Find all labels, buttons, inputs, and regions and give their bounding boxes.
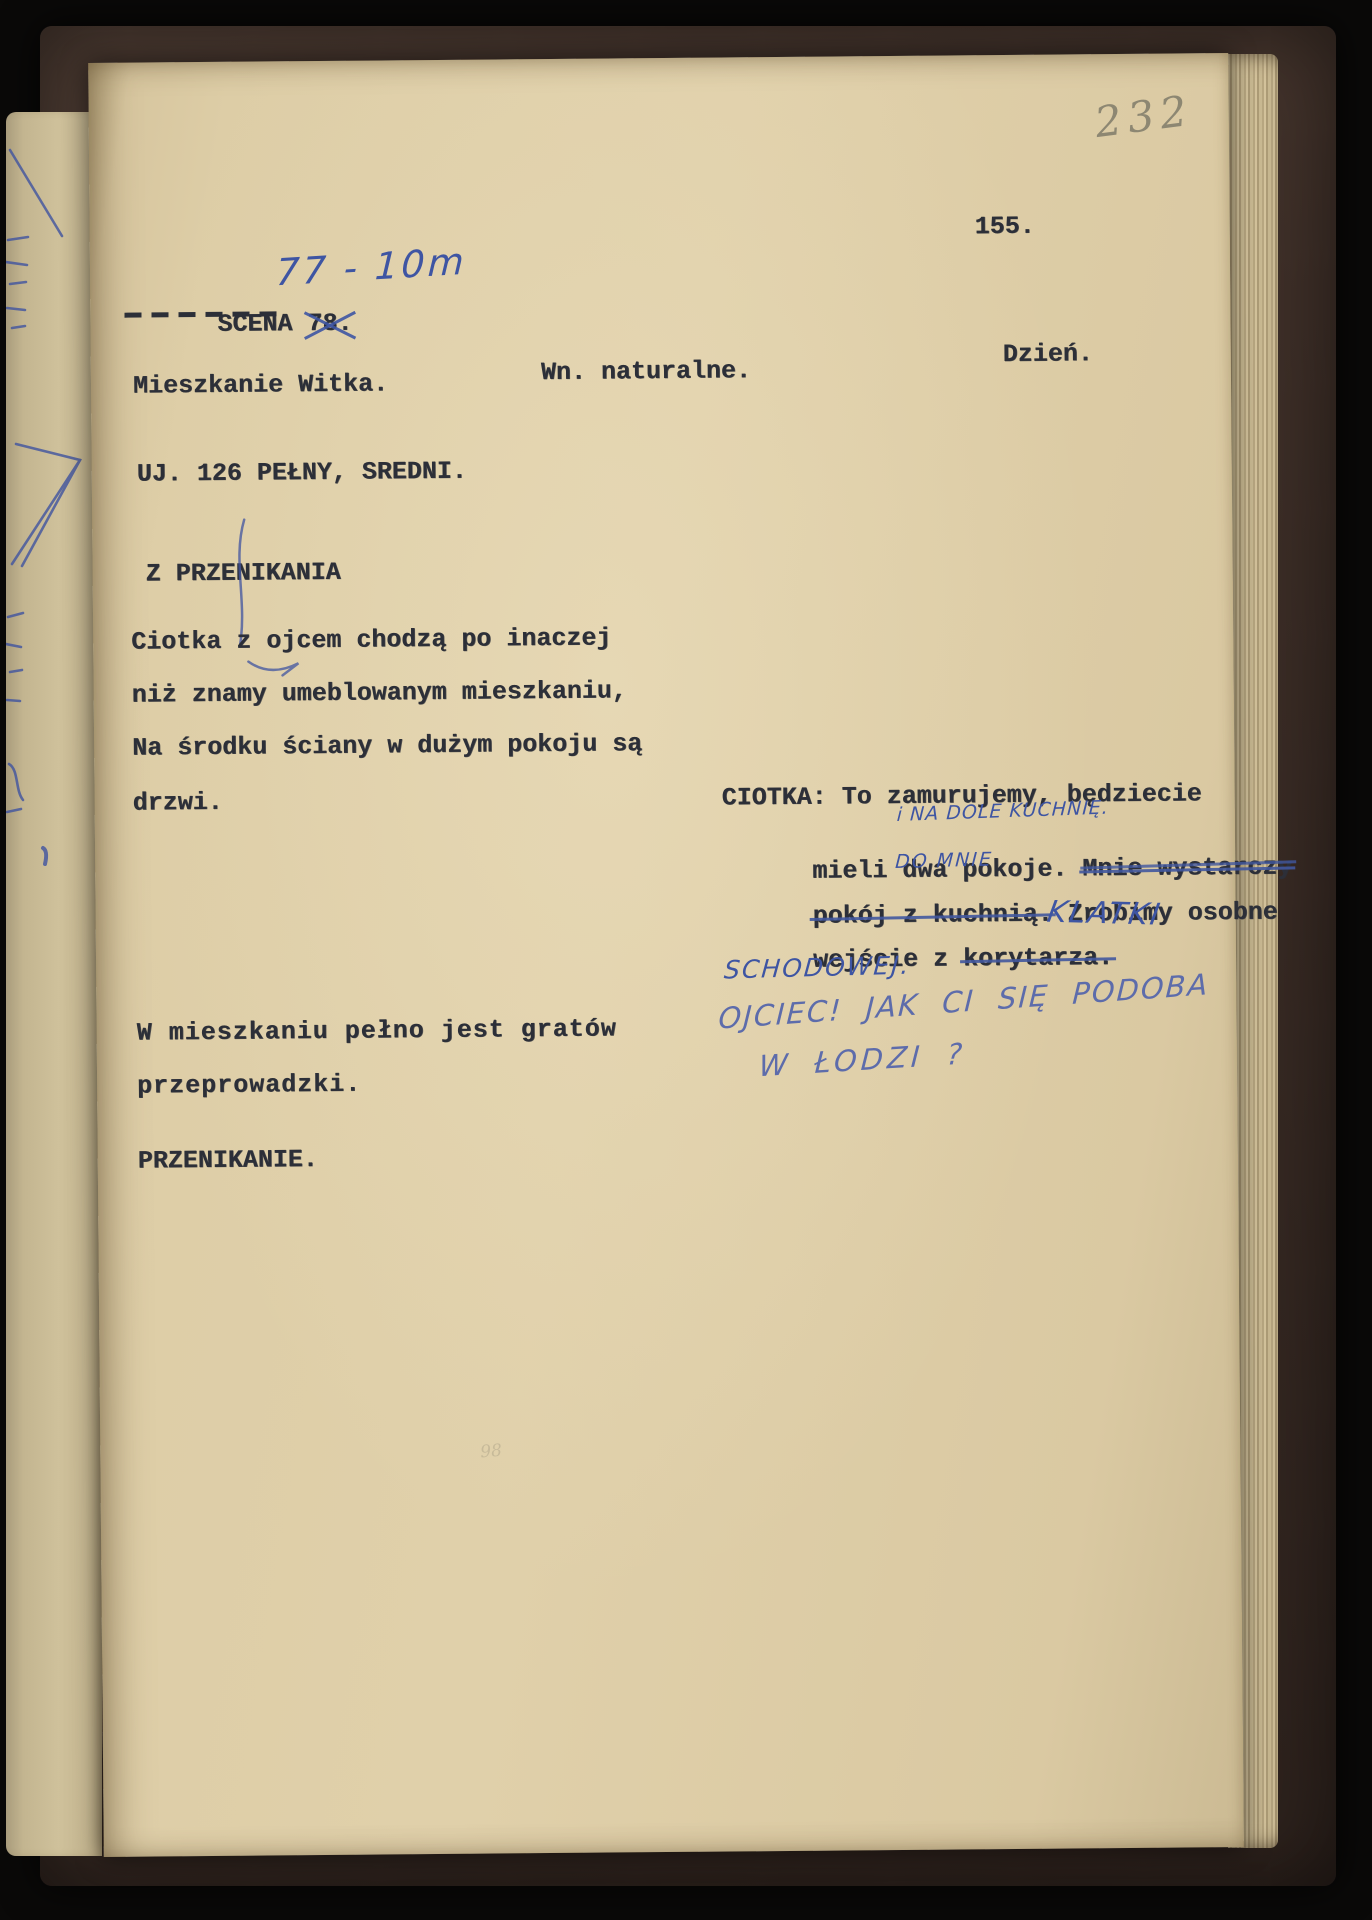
handwritten-insert-do-mnie: DO MNIE — [895, 848, 994, 873]
action-line: W mieszkaniu pełno jest gratów — [137, 1015, 617, 1048]
action-line: drzwi. — [133, 789, 223, 819]
previous-page-edge — [6, 112, 102, 1856]
struck-text-korytarza: korytarza. — [963, 943, 1113, 973]
transition-out: PRZENIKANIE. — [138, 1146, 318, 1176]
pen-scribbles-previous-page — [6, 112, 102, 1856]
action-line: przeprowadzki. — [137, 1071, 361, 1102]
script-page: 232 155. SCENA 78. 77 - 10m Mieszkanie W… — [88, 53, 1244, 1857]
scanned-book-photo: 232 155. SCENA 78. 77 - 10m Mieszkanie W… — [0, 0, 1372, 1920]
action-line: Ciotka z ojcem chodzą po inaczej — [131, 624, 611, 657]
handwritten-schodowej: SCHODOWEJ. — [723, 951, 912, 985]
action-line: Na środku ściany w dużym pokoju są — [132, 730, 642, 763]
faint-pencil-mark: 98 — [480, 1441, 503, 1463]
handwritten-klatki: KLATKI — [1045, 895, 1164, 933]
action-line: niż znamy umeblowanym mieszkaniu, — [132, 677, 627, 710]
